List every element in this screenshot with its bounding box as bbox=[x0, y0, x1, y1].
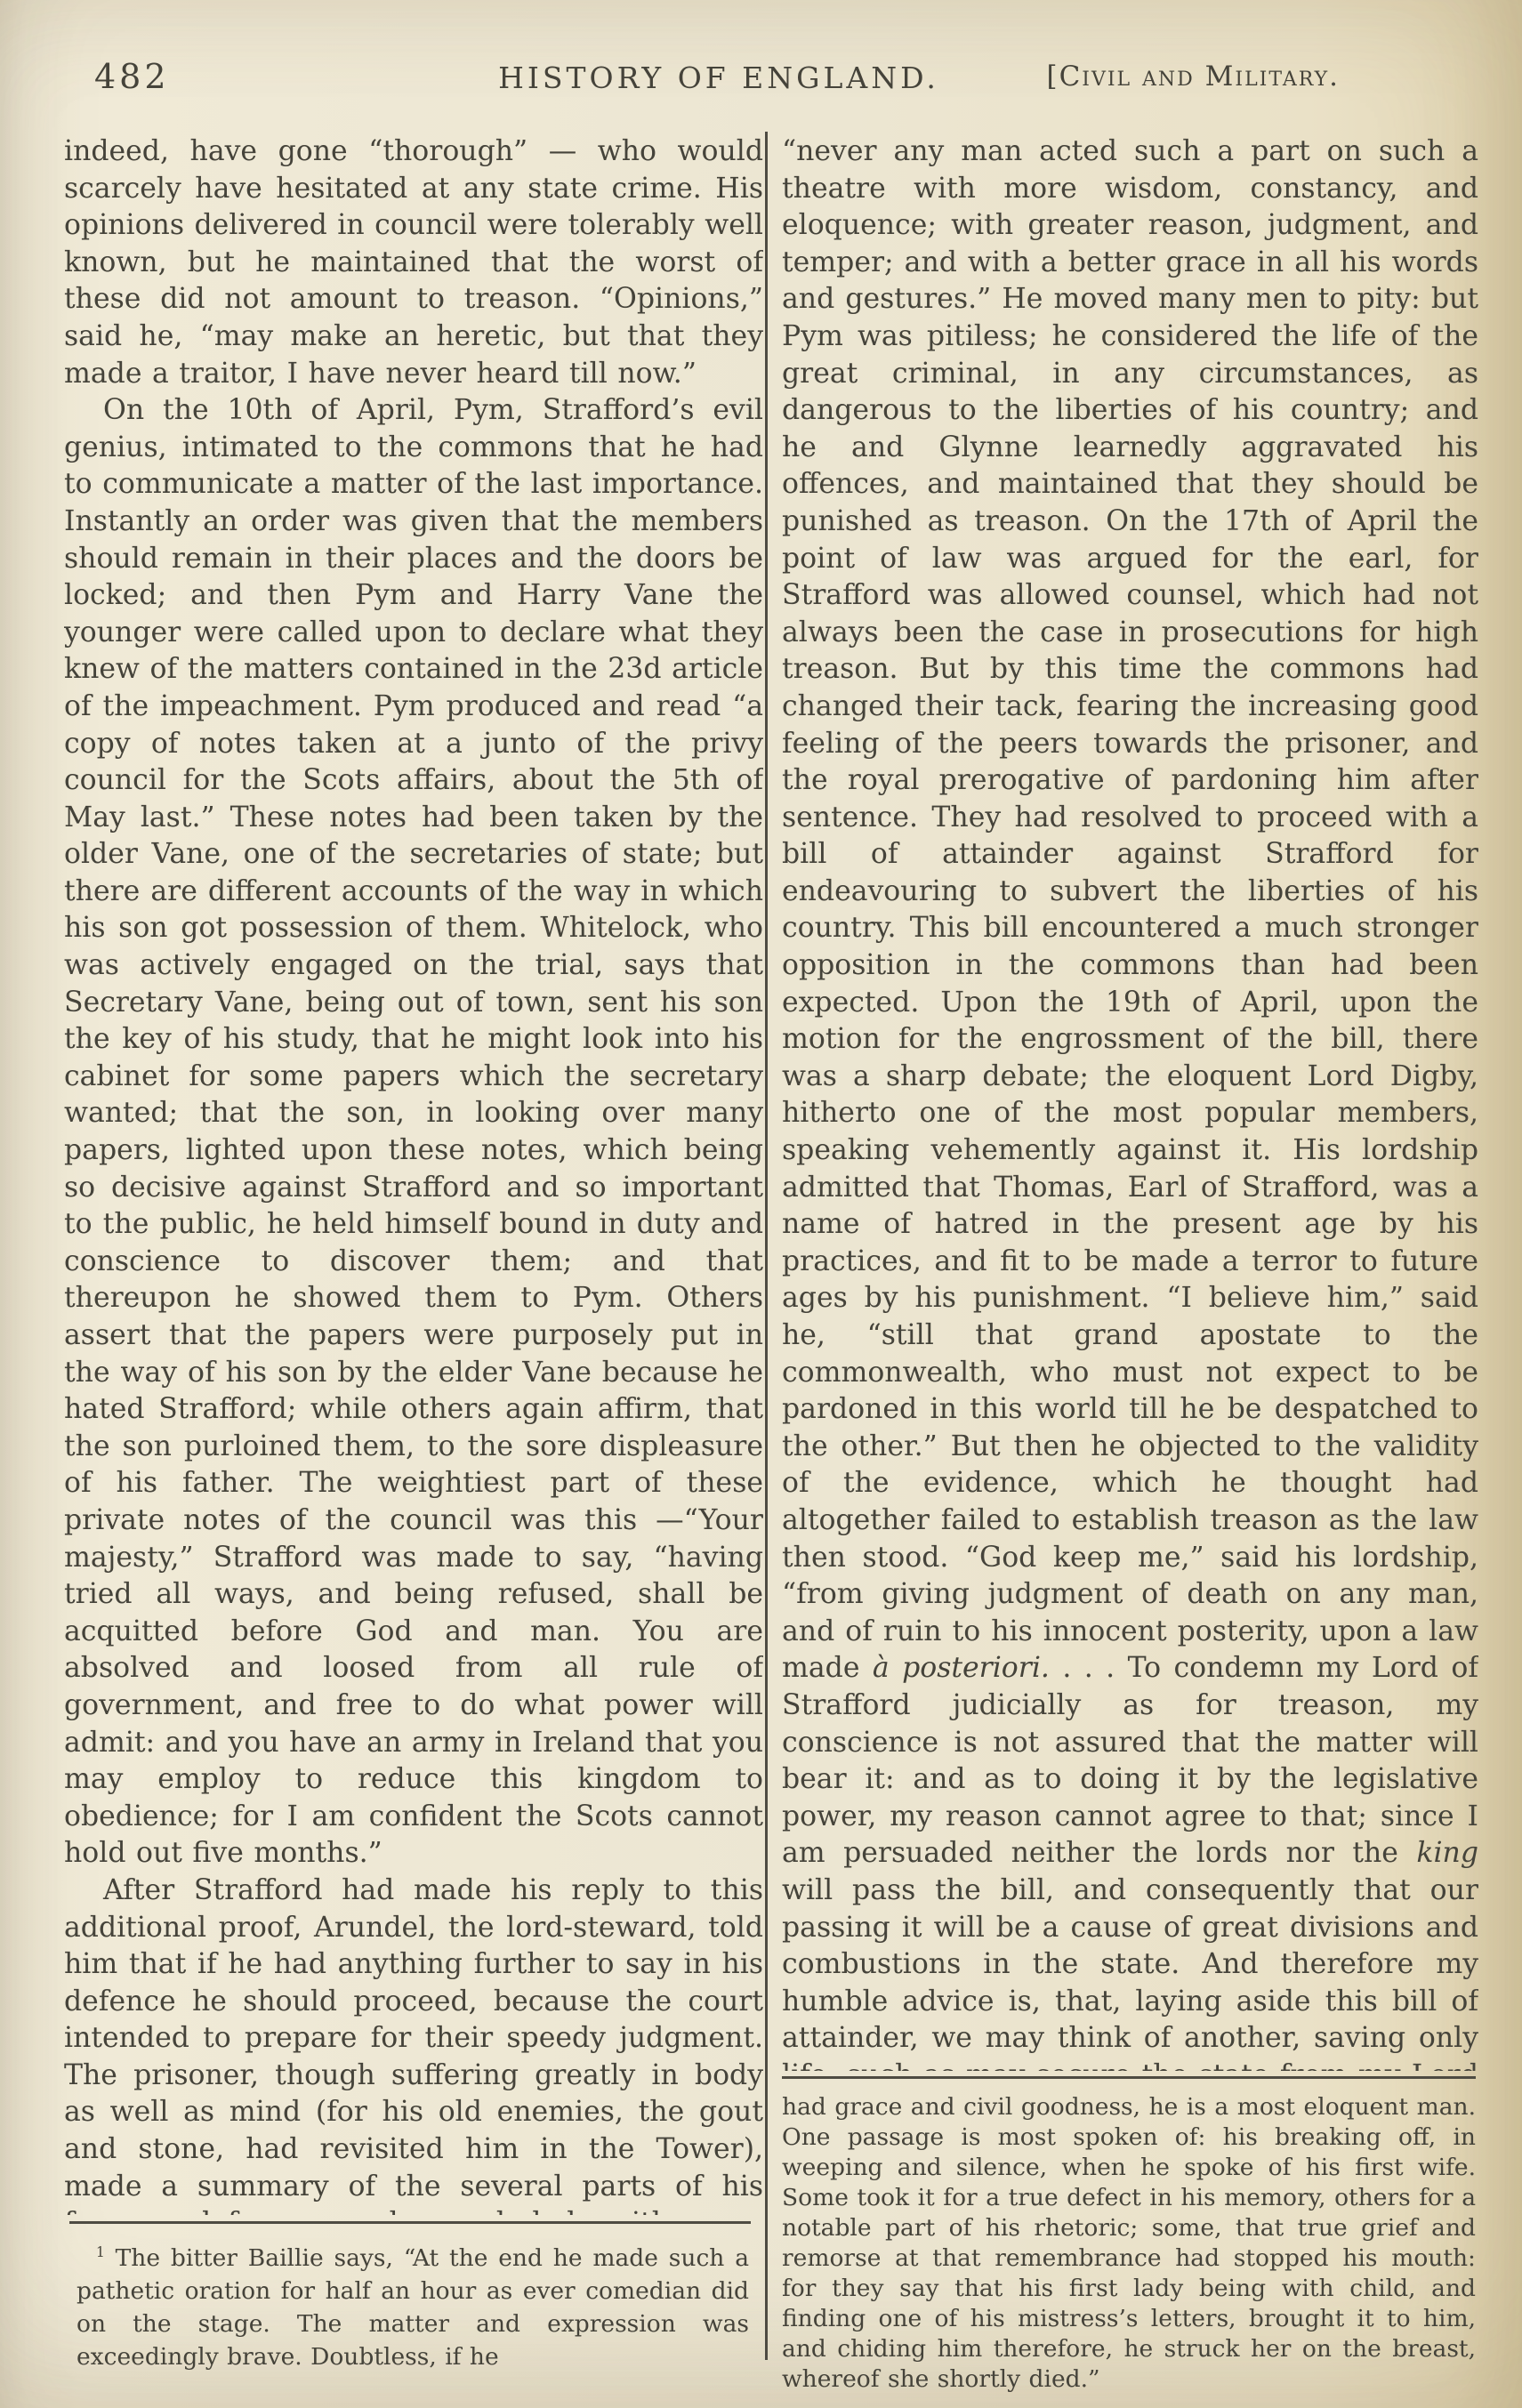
paragraph: On the 10th of April, Pym, Strafford’s e… bbox=[64, 392, 763, 1872]
paragraph: “never any man acted such a part on such… bbox=[782, 133, 1478, 2071]
footnote-marker: 1 bbox=[96, 2244, 105, 2260]
paragraph: indeed, have gone “thorough” — who would… bbox=[64, 133, 763, 392]
column-divider bbox=[765, 132, 768, 2360]
right-footnote-rule bbox=[782, 2076, 1476, 2079]
left-footnote-rule bbox=[69, 2221, 751, 2224]
right-footnote-continuation: had grace and civil goodness, he is a mo… bbox=[782, 2092, 1476, 2395]
footnote-text: 1 The bitter Baillie says, “At the end h… bbox=[77, 2242, 749, 2373]
left-footnote: 1 The bitter Baillie says, “At the end h… bbox=[77, 2242, 749, 2373]
paragraph: After Strafford had made his reply to th… bbox=[64, 1872, 763, 2215]
footnote-text: had grace and civil goodness, he is a mo… bbox=[782, 2092, 1476, 2395]
right-column: “never any man acted such a part on such… bbox=[782, 133, 1478, 2071]
left-column: indeed, have gone “thorough” — who would… bbox=[64, 133, 763, 2215]
section-header: [Civil and Military. bbox=[1046, 60, 1340, 93]
book-page: 482 HISTORY OF ENGLAND. [Civil and Milit… bbox=[0, 0, 1522, 2408]
